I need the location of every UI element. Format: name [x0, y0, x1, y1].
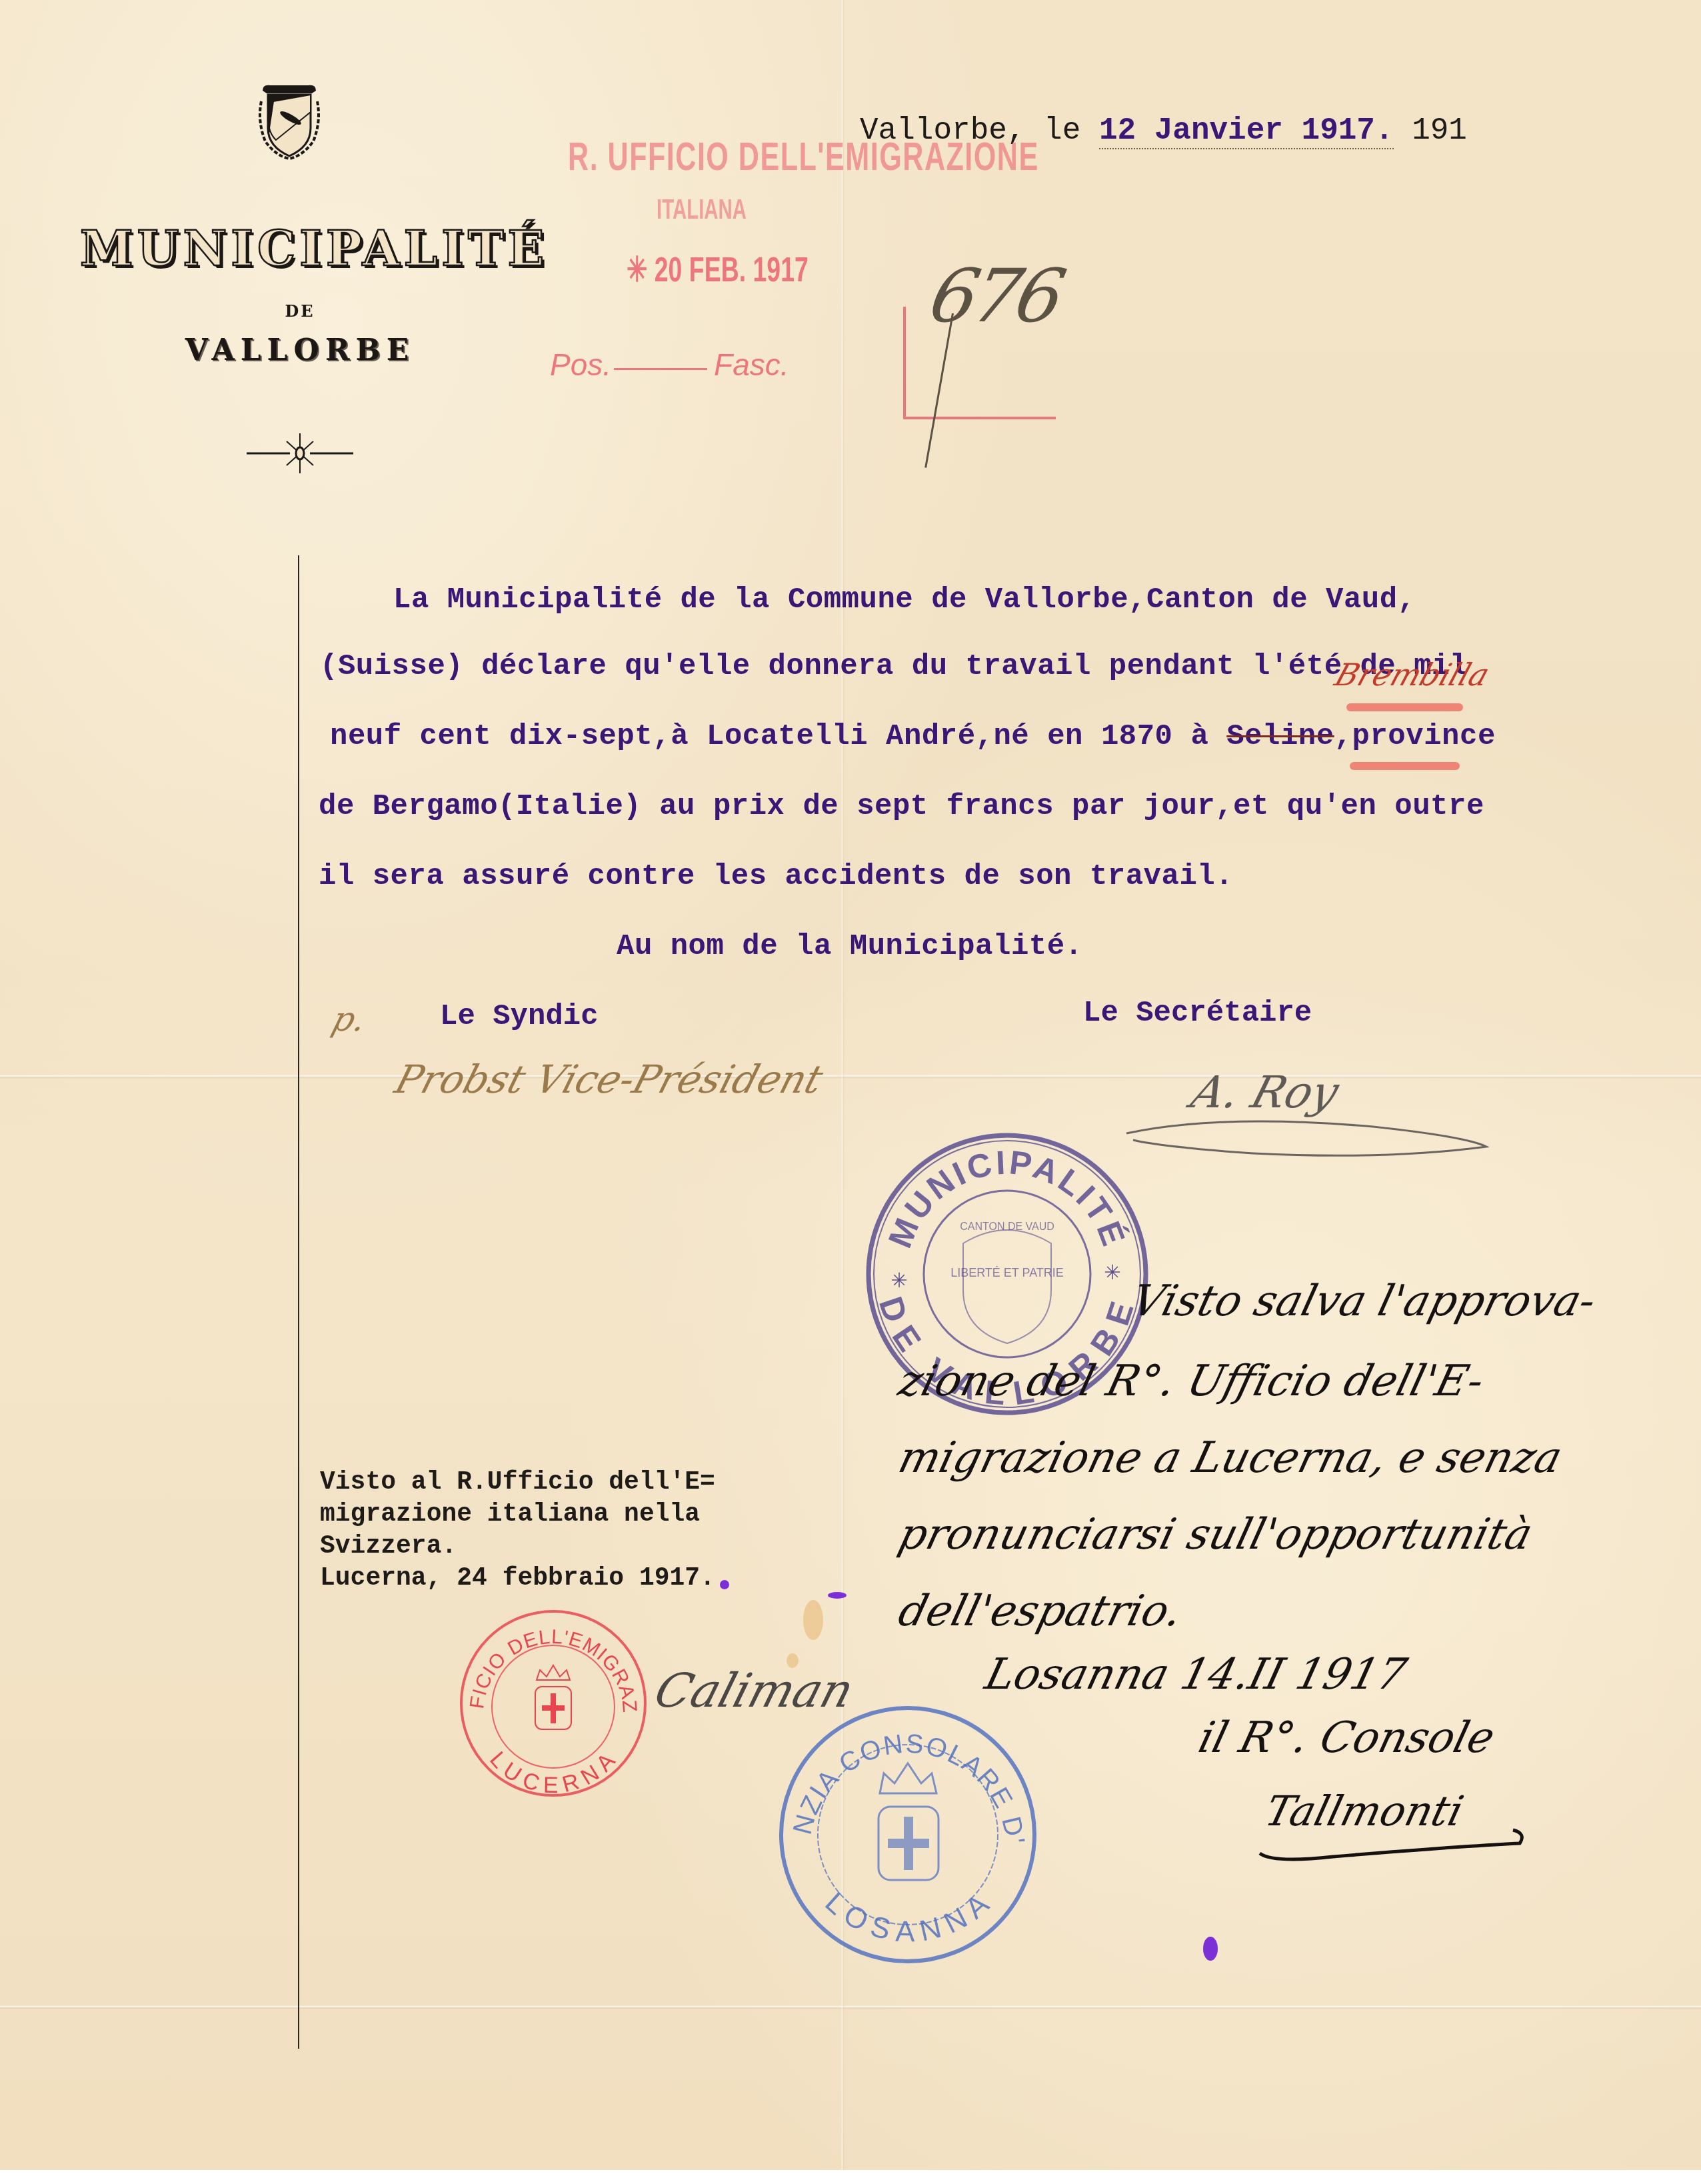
ink-spot: [1203, 1937, 1218, 1961]
handwritten-protocol-number: 676: [922, 253, 1068, 339]
fold-crease: [0, 1075, 1701, 1079]
letterhead-de: DE: [80, 301, 520, 321]
secretaire-label: Le Secrétaire: [1083, 997, 1312, 1030]
closing-line: Au nom de la Municipalité.: [617, 930, 1083, 963]
hand-note-place-date: Losanna 14.II 1917: [980, 1650, 1412, 1699]
body-line-3: neuf cent dix-sept,à Locatelli André,né …: [330, 720, 1496, 753]
received-stamp-pos: Pos.Fasc.: [550, 347, 789, 383]
margin-rule: [298, 555, 299, 2049]
letterhead-city: VALLORBE: [80, 333, 520, 367]
stain: [803, 1600, 823, 1640]
syndic-signature: Probst Vice-Président: [390, 1057, 828, 1102]
ornament-star-icon: [247, 433, 353, 473]
consular-stamp: R. AGENZIA CONSOLARE D'ITALIA LOSANNA: [773, 1700, 1043, 1970]
hand-note-line-2: zione del R°. Ufficio dell'E-: [894, 1357, 1489, 1406]
svg-text:LOSANNA: LOSANNA: [819, 1886, 998, 1949]
ink-spot: [720, 1580, 729, 1589]
received-stamp-line2: ITALIANA: [657, 193, 747, 225]
body-line-4: de Bergamo(Italie) au prix de sept franc…: [319, 790, 1484, 823]
hand-note-line-3: migrazione a Lucerna, e senza: [894, 1433, 1567, 1483]
hand-note-title: il R°. Console: [1194, 1713, 1500, 1763]
received-stamp-date: ✳ 20 FEB. 1917: [627, 250, 809, 290]
svg-text:MUNICIPALITÉ: MUNICIPALITÉ: [881, 1143, 1133, 1253]
fold-crease: [0, 2005, 1701, 2009]
hand-note-line-1: Visto salva l'approva-: [1127, 1277, 1601, 1326]
svg-text:CANTON DE VAUD: CANTON DE VAUD: [960, 1221, 1054, 1233]
ink-spot: [828, 1592, 847, 1599]
body-line-2: (Suisse) déclare qu'elle donnera du trav…: [320, 650, 1468, 683]
document-page: MUNICIPALITÉ DE VALLORBE Vallorbe, le 12…: [0, 0, 1701, 2170]
svg-text:R. UFFICIO DELL'EMIGRAZIONE: R. UFFICIO DELL'EMIGRAZIONE: [457, 1607, 641, 1714]
letterhead-title: MUNICIPALITÉ: [80, 220, 520, 277]
body-line-5: il sera assuré contre les accidents de s…: [319, 860, 1233, 893]
svg-text:✳: ✳: [1104, 1258, 1120, 1288]
body-line-1: La Municipalité de la Commune de Vallorb…: [393, 583, 1416, 617]
date-value: 12 Janvier 1917.: [1099, 113, 1394, 149]
syndic-label: Le Syndic: [440, 1000, 599, 1033]
received-stamp-line1: R. UFFICIO DELL'EMIGRAZIONE: [568, 133, 1039, 179]
red-pencil-mark: [1350, 762, 1460, 770]
consul-signature-flourish: [1253, 1827, 1533, 1867]
hand-note-line-4: pronunciarsi sull'opportunità: [894, 1510, 1538, 1559]
coat-of-arms-icon: [256, 81, 323, 161]
emigration-office-stamp: R. UFFICIO DELL'EMIGRAZIONE LUCERNA: [457, 1607, 650, 1800]
signature-flourish: [1120, 1107, 1493, 1167]
stain: [787, 1653, 799, 1668]
handwritten-correction: Brembilla: [1330, 657, 1494, 693]
svg-text:LIBERTÉ ET PATRIE: LIBERTÉ ET PATRIE: [950, 1266, 1064, 1279]
visa-typed-block: Visto al R.Ufficio dell'E=migrazione ita…: [320, 1467, 715, 1595]
svg-text:✳: ✳: [891, 1266, 907, 1296]
printed-year: 191: [1412, 113, 1467, 148]
syndic-sig-prefix: p.: [328, 1000, 371, 1039]
struck-word: Seline: [1226, 720, 1334, 753]
hand-note-line-5: dell'espatrio.: [894, 1587, 1187, 1636]
svg-text:LUCERNA: LUCERNA: [485, 1747, 621, 1798]
red-pencil-mark: [1346, 703, 1463, 711]
